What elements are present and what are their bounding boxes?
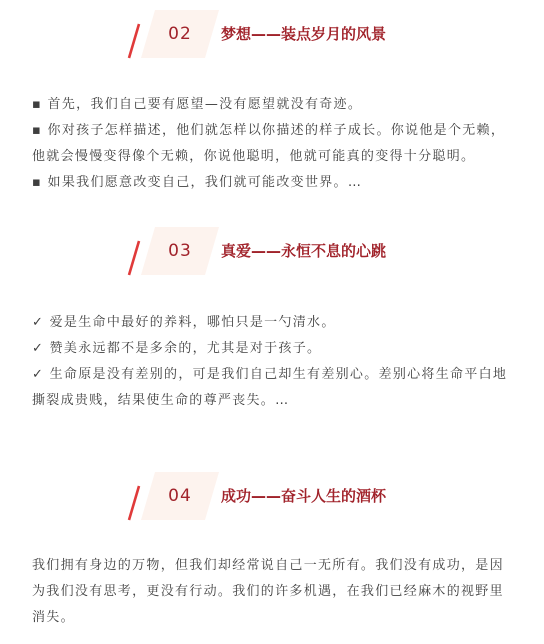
section-number: 04 bbox=[141, 484, 219, 508]
paragraph: ✓ 赞美永远都不是多余的，尤其是对于孩子。 bbox=[32, 336, 508, 362]
section-body-03: ✓ 爱是生命中最好的养料，哪怕只是一勺清水。 ✓ 赞美永远都不是多余的，尤其是对… bbox=[32, 310, 508, 414]
paragraph: ▪ 如果我们愿意改变自己，我们就可能改变世界。… bbox=[32, 170, 508, 196]
paragraph: ▪ 你对孩子怎样描述，他们就怎样以你描述的样子成长。你说他是个无赖，他就会慢慢变… bbox=[32, 118, 508, 170]
section-title: 梦想——装点岁月的风景 bbox=[221, 22, 386, 46]
section-title: 成功——奋斗人生的酒杯 bbox=[221, 484, 386, 508]
section-title: 真爱——永恒不息的心跳 bbox=[221, 239, 386, 263]
section-number: 03 bbox=[141, 239, 219, 263]
red-slash-icon bbox=[127, 23, 141, 59]
section-header-03: 03 真爱——永恒不息的心跳 bbox=[0, 227, 544, 279]
section-body-04: 我们拥有身边的万物，但我们却经常说自己一无所有。我们没有成功，是因为我们没有思考… bbox=[32, 553, 508, 631]
red-slash-icon bbox=[127, 240, 141, 276]
paragraph: ✓ 爱是生命中最好的养料，哪怕只是一勺清水。 bbox=[32, 310, 508, 336]
paragraph: ✓ 生命原是没有差别的，可是我们自己却生有差别心。差别心将生命平白地撕裂成贵贱，… bbox=[32, 362, 508, 414]
section-header-04: 04 成功——奋斗人生的酒杯 bbox=[0, 472, 544, 524]
red-slash-icon bbox=[127, 485, 141, 521]
section-body-02: ▪ 首先，我们自己要有愿望—没有愿望就没有奇迹。 ▪ 你对孩子怎样描述，他们就怎… bbox=[32, 92, 508, 196]
section-header-02: 02 梦想——装点岁月的风景 bbox=[0, 10, 544, 62]
paragraph: 我们拥有身边的万物，但我们却经常说自己一无所有。我们没有成功，是因为我们没有思考… bbox=[32, 553, 508, 631]
paragraph: ▪ 首先，我们自己要有愿望—没有愿望就没有奇迹。 bbox=[32, 92, 508, 118]
section-number: 02 bbox=[141, 22, 219, 46]
